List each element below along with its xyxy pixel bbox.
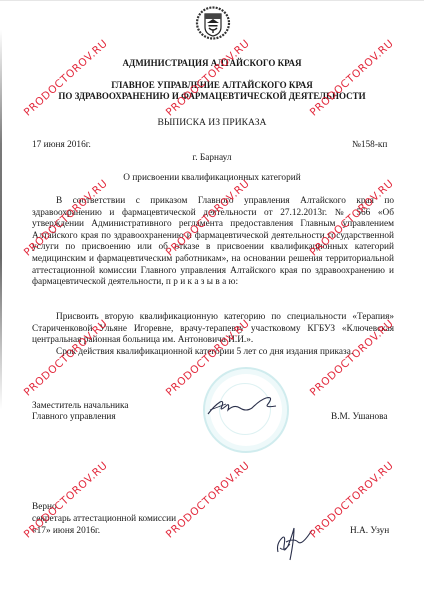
signer2-name: Н.А. Узун [350,526,389,538]
order-city: г. Барнаул [0,153,424,165]
order-date: 17 июня 2016г. [32,140,91,152]
watermark: PRODOCTOROV.RU [308,37,396,118]
signature-uzun-icon [272,522,314,564]
signer1-title-line1: Заместитель начальника [32,401,129,413]
watermark: PRODOCTOROV.RU [164,37,252,118]
department-name-line2: ПО ЗДРАВООХРАНЕНИЮ И ФАРМАЦЕВТИЧЕСКОЙ ДЕ… [0,91,424,103]
signature-ushanova-icon [206,392,280,418]
order-number: №158-кп [352,140,387,152]
watermark: PRODOCTOROV.RU [164,459,252,540]
watermark: PRODOCTOROV.RU [22,37,110,118]
order-subject: О присвоении квалификационных категорий [0,173,424,185]
signer1-title-line2: Главного управления [32,412,116,424]
document-page: АДМИНИСТРАЦИЯ АЛТАЙСКОГО КРАЯ ГЛАВНОЕ УП… [0,0,424,600]
signer1-name: В.М. Ушанова [331,412,388,424]
coat-of-arms-icon [195,6,231,40]
document-title: ВЫПИСКА ИЗ ПРИКАЗА [0,117,424,129]
